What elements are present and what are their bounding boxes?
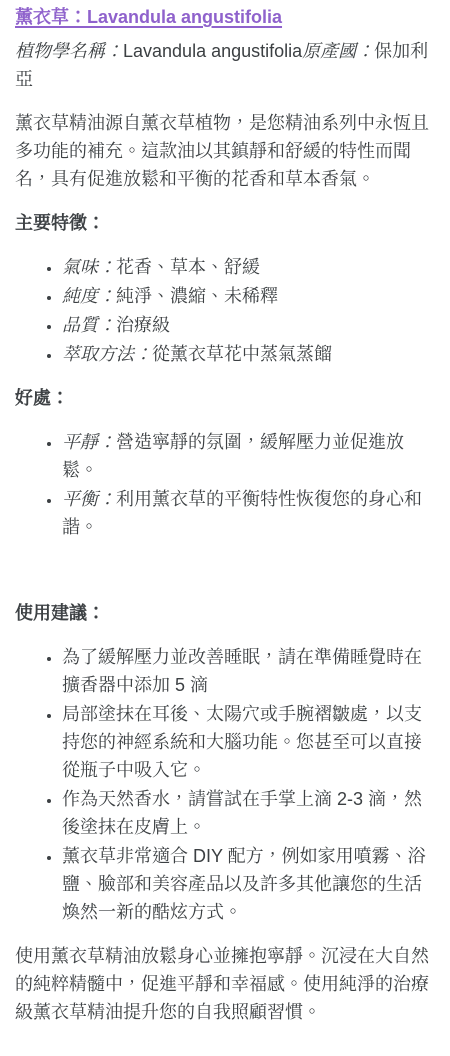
section-gap: [15, 557, 435, 583]
list-item: 平衡：利用薰衣草的平衡特性恢復您的身心和諧。: [62, 485, 435, 541]
feature-text: 從薰衣草花中蒸氣蒸餾: [152, 344, 332, 364]
list-item: 純度：純淨、濃縮、未稀釋: [62, 282, 435, 310]
usage-text: 作為天然香水，請嘗試在手掌上滴 2-3 滴，然後塗抹在皮膚上。: [62, 789, 422, 837]
benefit-label: 平靜：: [62, 432, 116, 452]
feature-text: 純淨、濃縮、未稀釋: [116, 286, 278, 306]
features-heading: 主要特徵：: [15, 209, 435, 237]
list-item: 萃取方法：從薰衣草花中蒸氣蒸餾: [62, 340, 435, 368]
benefit-label: 平衡：: [62, 489, 116, 509]
page-title: 薰衣草：Lavandula angustifolia: [15, 3, 435, 31]
usage-text: 局部塗抹在耳後、太陽穴或手腕褶皺處，以支持您的神經系統和大腦功能。您甚至可以直接…: [62, 704, 422, 780]
meta-line: 植物學名稱：Lavandula angustifolia原產國：保加利亞: [15, 37, 435, 93]
benefits-list: 平靜：營造寧靜的氛圍，緩解壓力並促進放鬆。 平衡：利用薰衣草的平衡特性恢復您的身…: [15, 428, 435, 541]
usage-list: 為了緩解壓力並改善睡眠，請在準備睡覺時在擴香器中添加 5 滴 局部塗抹在耳後、太…: [15, 643, 435, 926]
product-title-link[interactable]: 薰衣草：Lavandula angustifolia: [15, 7, 282, 27]
list-item: 作為天然香水，請嘗試在手掌上滴 2-3 滴，然後塗抹在皮膚上。: [62, 785, 435, 841]
feature-text: 花香、草本、舒緩: [116, 257, 260, 277]
list-item: 局部塗抹在耳後、太陽穴或手腕褶皺處，以支持您的神經系統和大腦功能。您甚至可以直接…: [62, 700, 435, 784]
feature-label: 純度：: [62, 286, 116, 306]
intro-paragraph: 薰衣草精油源自薰衣草植物，是您精油系列中永恆且多功能的補充。這款油以其鎮靜和舒緩…: [15, 109, 435, 193]
usage-text: 為了緩解壓力並改善睡眠，請在準備睡覺時在擴香器中添加 5 滴: [62, 647, 422, 695]
list-item: 氣味：花香、草本、舒緩: [62, 253, 435, 281]
list-item: 品質：治療級: [62, 311, 435, 339]
usage-heading: 使用建議：: [15, 599, 435, 627]
list-item: 為了緩解壓力並改善睡眠，請在準備睡覺時在擴香器中添加 5 滴: [62, 643, 435, 699]
usage-text: 薰衣草非常適合 DIY 配方，例如家用噴霧、浴鹽、臉部和美容產品以及許多其他讓您…: [62, 846, 426, 922]
closing-paragraph: 使用薰衣草精油放鬆身心並擁抱寧靜。沉浸在大自然的純粹精髓中，促進平靜和幸福感。使…: [15, 942, 435, 1026]
feature-label: 品質：: [62, 315, 116, 335]
benefit-text: 利用薰衣草的平衡特性恢復您的身心和諧。: [62, 489, 422, 537]
feature-label: 萃取方法：: [62, 344, 152, 364]
botanical-name-value: Lavandula angustifolia: [123, 41, 302, 61]
features-list: 氣味：花香、草本、舒緩 純度：純淨、濃縮、未稀釋 品質：治療級 萃取方法：從薰衣…: [15, 253, 435, 368]
botanical-name-label: 植物學名稱：: [15, 41, 123, 61]
origin-label: 原產國：: [302, 41, 374, 61]
benefits-heading: 好處：: [15, 384, 435, 412]
list-item: 平靜：營造寧靜的氛圍，緩解壓力並促進放鬆。: [62, 428, 435, 484]
feature-label: 氣味：: [62, 257, 116, 277]
product-description-document: 薰衣草：Lavandula angustifolia 植物學名稱：Lavandu…: [0, 0, 450, 1056]
feature-text: 治療級: [116, 315, 170, 335]
list-item: 薰衣草非常適合 DIY 配方，例如家用噴霧、浴鹽、臉部和美容產品以及許多其他讓您…: [62, 842, 435, 926]
